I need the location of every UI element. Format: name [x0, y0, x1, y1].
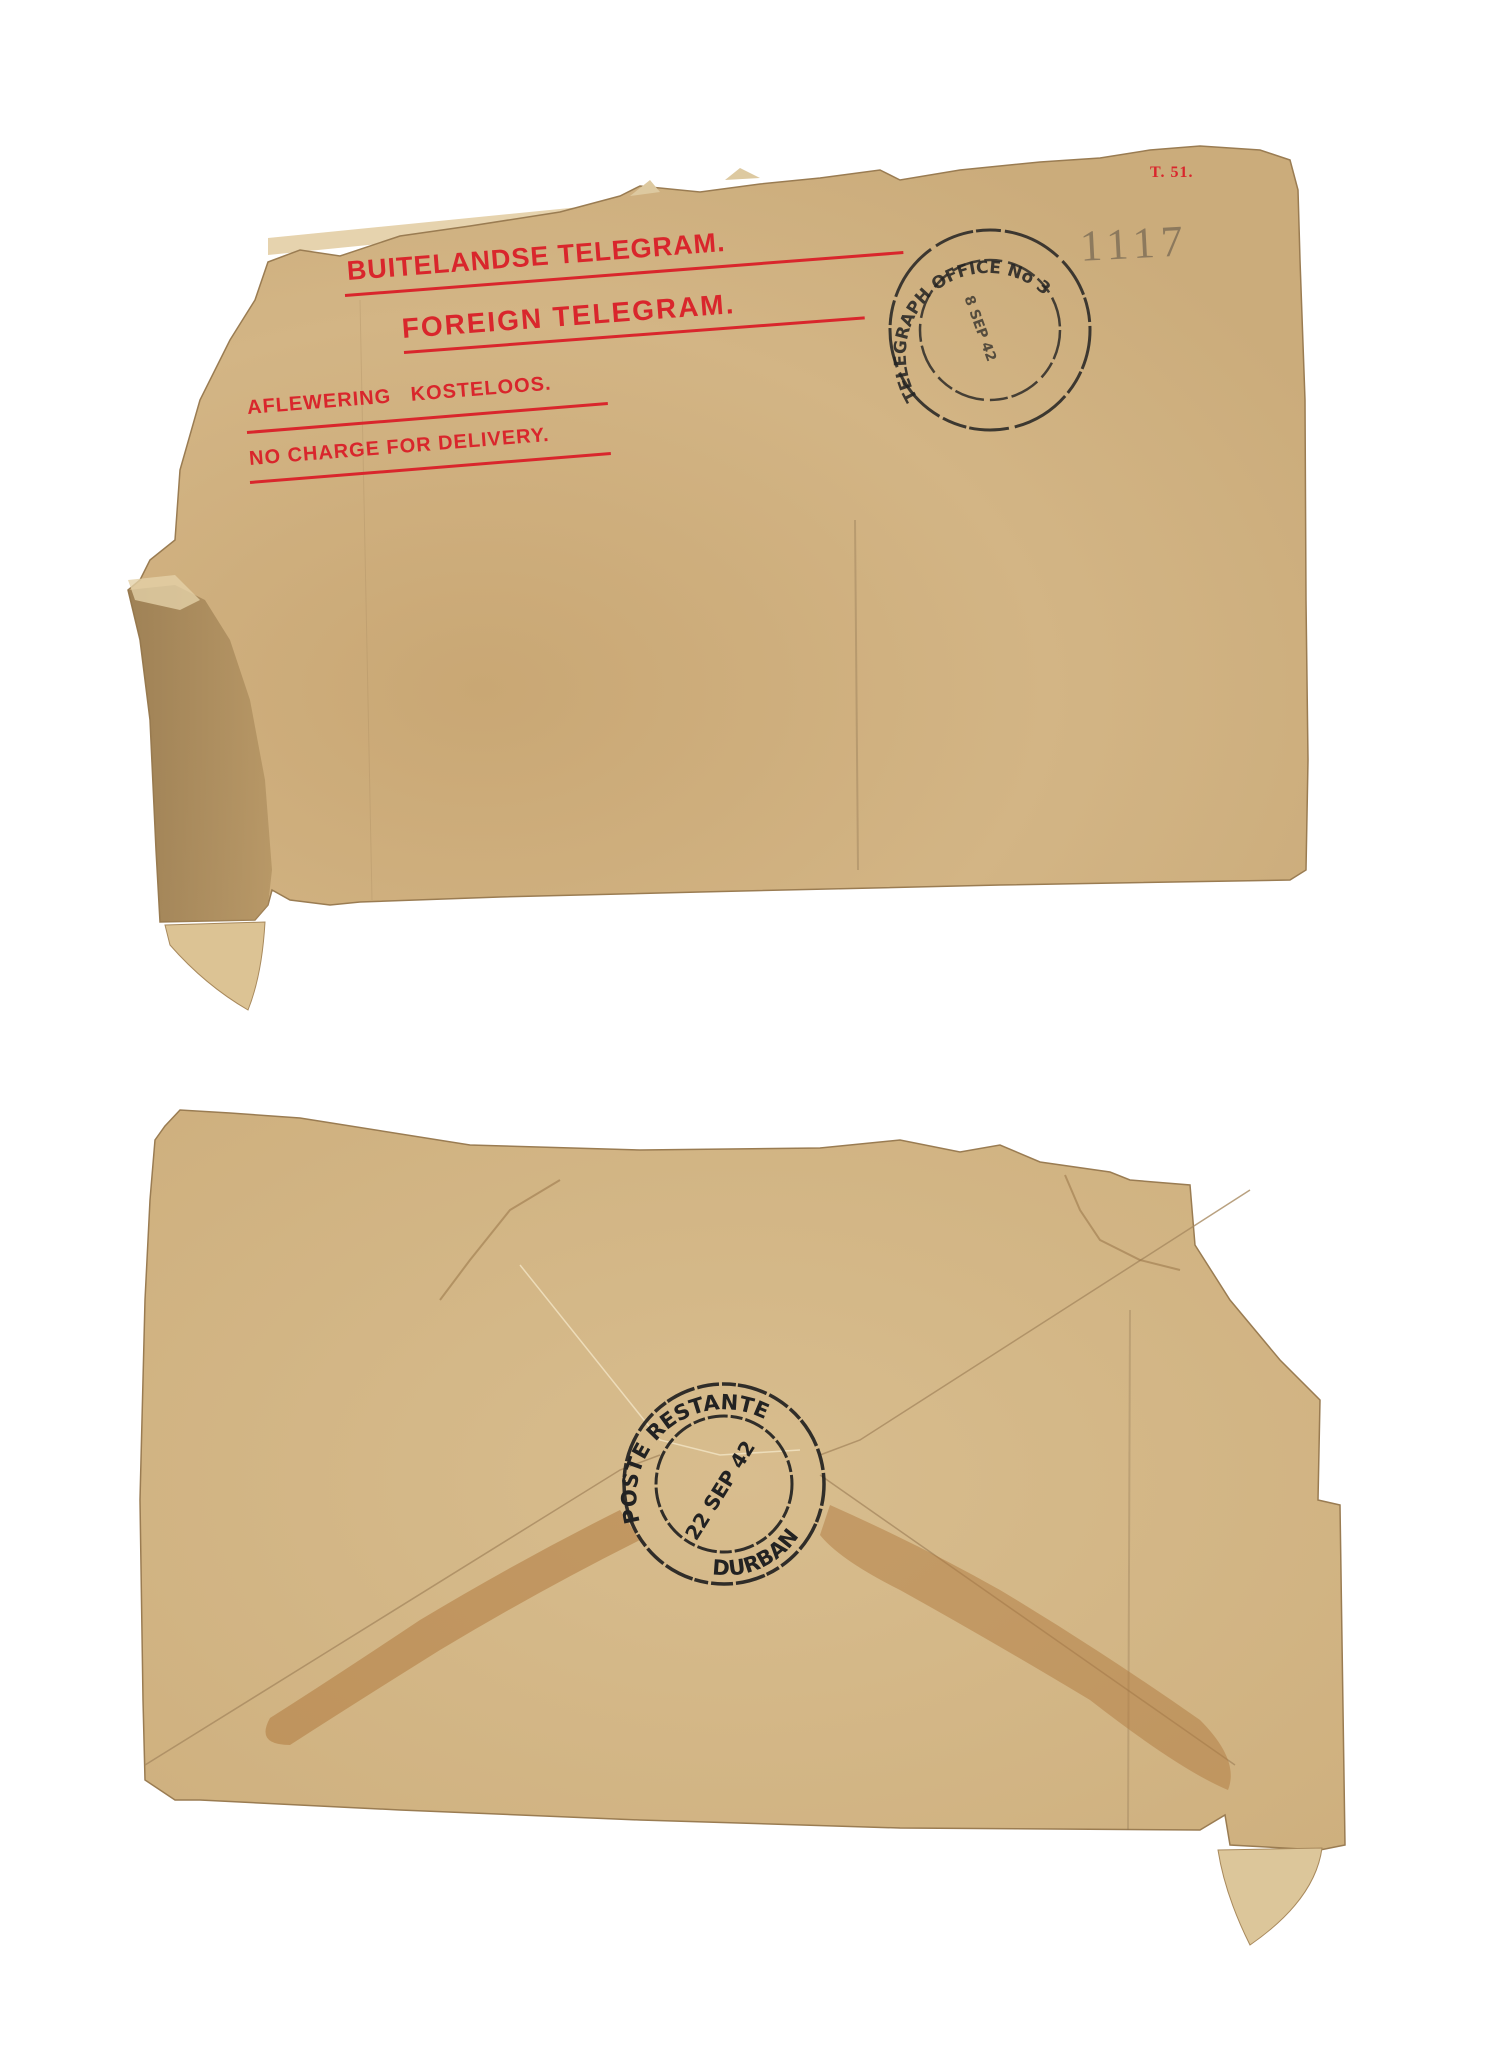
- postmark-date: 8 SEP 42: [960, 294, 999, 364]
- poste-restante-postmark: POSTE RESTANTE DURBAN 22 SEP 42: [622, 1382, 826, 1586]
- serial-number-stamp: 1117: [1079, 215, 1190, 272]
- envelopes-paper: [0, 0, 1487, 2048]
- telegraph-office-postmark: TELEGRAPH OFFICE No 3 8 SEP 42: [888, 228, 1092, 432]
- form-number: T. 51.: [1150, 164, 1193, 182]
- envelope-front: [128, 146, 1308, 1010]
- scan-scene: T. 51. BUITELANDSE TELEGRAM. FOREIGN TEL…: [0, 0, 1487, 2048]
- postmark-date: 22 SEP 42: [680, 1436, 760, 1544]
